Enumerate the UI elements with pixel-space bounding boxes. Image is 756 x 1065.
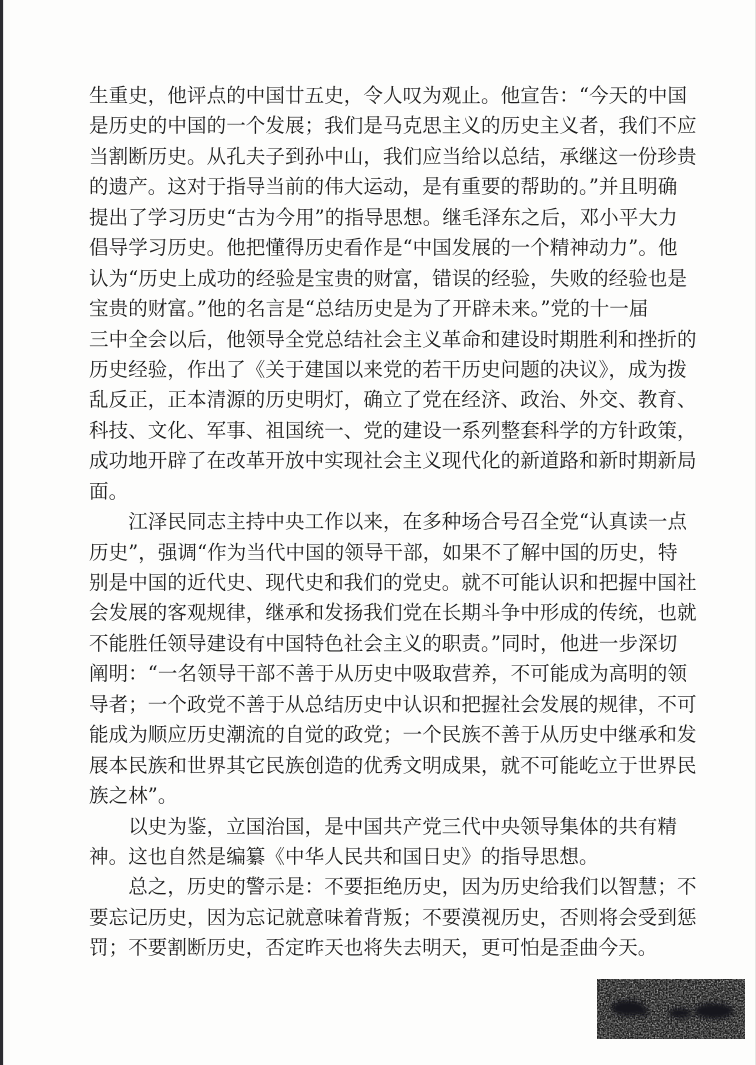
- text-line: 乱反正，正本清源的历史明灯，确立了党在经济、政治、外交、教育、: [89, 385, 699, 415]
- text-line: 阐明：“一名领导干部不善于从历史中吸取营养，不可能成为高明的领: [89, 659, 699, 689]
- text-line: 的遗产。这对于指导当前的伟大运动，是有重要的帮助的。”并且明确: [89, 172, 699, 202]
- text-line: 罚；不要割断历史，否定昨天也将失去明天，更可怕是歪曲今天。: [89, 933, 699, 963]
- text-line: 要忘记历史，因为忘记就意味着背叛；不要漠视历史，否则将会受到惩: [89, 903, 699, 933]
- text-line: 会发展的客观规律，继承和发扬我们党在长期斗争中形成的传统，也就: [89, 598, 699, 628]
- text-line: 宝贵的财富。”他的名言是“总结历史是为了开辟未来。”党的十一届: [89, 294, 699, 324]
- text-line: 面。: [89, 477, 699, 507]
- text-line: 历史”，强调“作为当代中国的领导干部，如果不了解中国的历史，特: [89, 538, 699, 568]
- scanned-book-page: 生重史，他评点的中国廿五史，令人叹为观止。他宣告：“今天的中国 是历史的中国的一…: [0, 0, 756, 1065]
- left-scan-edge-soft-line: [3, 0, 4, 1065]
- text-line: 别是中国的近代史、现代史和我们的党史。就不可能认识和把握中国社: [89, 568, 699, 598]
- text-line: 能成为顺应历史潮流的自觉的政党；一个民族不善于从历史中继承和发: [89, 720, 699, 750]
- text-line: 神。这也自然是编纂《中华人民共和国日史》的指导思想。: [89, 842, 699, 872]
- text-line: 倡导学习历史。他把懂得历史看作是“中国发展的一个精神动力”。他: [89, 233, 699, 263]
- text-line: 科技、文化、军事、祖国统一、党的建设一系列整套科学的方针政策，: [89, 416, 699, 446]
- text-line: 展本民族和世界其它民族创造的优秀文明成果，就不可能屹立于世界民: [89, 751, 699, 781]
- text-line: 族之林”。: [89, 781, 699, 811]
- text-line: 三中全会以后，他领导全党总结社会主义革命和建设时期胜利和挫折的: [89, 325, 699, 355]
- text-line: 导者；一个政党不善于从总结历史中认识和把握社会发展的规律，不可: [89, 690, 699, 720]
- text-line: 不能胜任领导建设有中国特色社会主义的职责。”同时，他进一步深切: [89, 629, 699, 659]
- text-line: 提出了学习历史“古为今用”的指导思想。继毛泽东之后，邓小平大力: [89, 203, 699, 233]
- text-line: 当割断历史。从孔夫子到孙中山，我们应当给以总结，承继这一份珍贵: [89, 142, 699, 172]
- text-line: 是历史的中国的一个发展；我们是马克思主义的历史主义者，我们不应: [89, 111, 699, 141]
- text-line: 历史经验，作出了《关于建国以来党的若干历史问题的决议》，成为拨: [89, 355, 699, 385]
- scan-smudge-artifact: [597, 979, 745, 1039]
- text-line: 认为“历史上成功的经验是宝贵的财富，错误的经验，失败的经验也是: [89, 264, 699, 294]
- body-text: 生重史，他评点的中国廿五史，令人叹为观止。他宣告：“今天的中国 是历史的中国的一…: [89, 81, 699, 964]
- text-line: 生重史，他评点的中国廿五史，令人叹为观止。他宣告：“今天的中国: [89, 81, 699, 111]
- text-line: 总之，历史的警示是：不要拒绝历史，因为历史给我们以智慧；不: [89, 872, 699, 902]
- text-line: 江泽民同志主持中央工作以来，在多种场合号召全党“认真读一点: [89, 507, 699, 537]
- text-line: 以史为鉴，立国治国，是中国共产党三代中央领导集体的共有精: [89, 812, 699, 842]
- text-line: 成功地开辟了在改革开放中实现社会主义现代化的新道路和新时期新局: [89, 446, 699, 476]
